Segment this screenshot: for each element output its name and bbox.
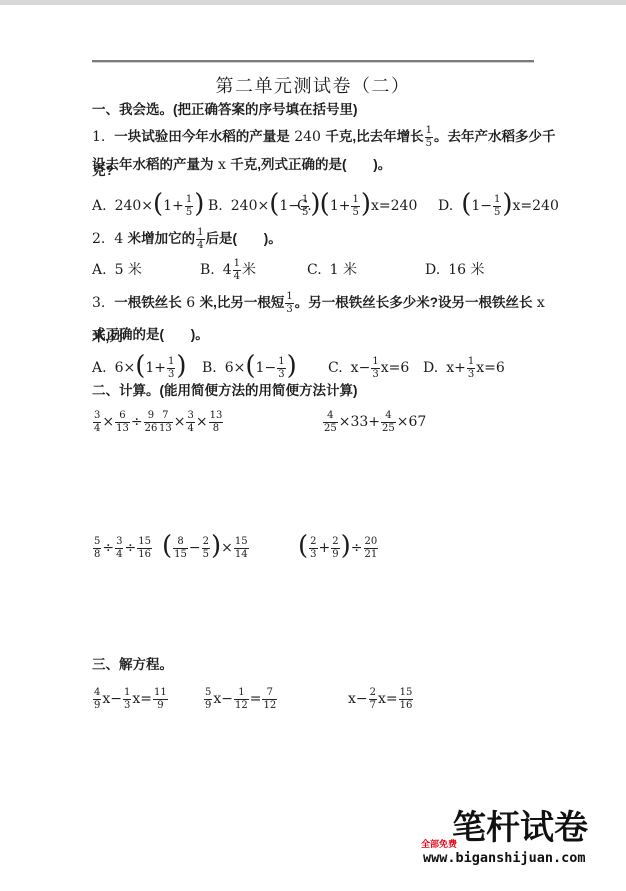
option-letter: D. (438, 198, 453, 214)
calc-expression: 34×613÷926 (92, 405, 159, 439)
calculation-row-1: 34×613÷926 713×34×138 425×33+425×67 (92, 405, 592, 439)
question-2-options-row: A.5 米 B.414米 C.1 米 D.16 米 (92, 256, 592, 284)
header-divider-rule (92, 60, 534, 63)
page-title: 第二单元测试卷（二） (92, 74, 534, 100)
q2-option-a: A.5 米 (92, 256, 142, 284)
calculation-row-2: 58÷34÷1516 (815−25)×1514 (23+29)÷2021 (92, 528, 592, 568)
calc-expression: (23+29)÷2021 (298, 528, 379, 568)
option-expression: (1+15)x=240 (320, 198, 418, 214)
q2-option-d: D.16 米 (425, 256, 484, 284)
question-1-stem-line-2: 设去年水稻的产量为 x 千克,列式正确的是( )。 (92, 155, 552, 175)
question-1-options-row: A.240×(1+15) B.240×(1−15) C.(1+15)x=240 … (92, 190, 592, 222)
test-paper-page: 第二单元测试卷（二） 一、我会选。(把正确答案的序号填在括号里) 1. 一块试验… (0, 0, 626, 891)
option-letter: B. (208, 198, 223, 214)
option-letter: D. (423, 360, 438, 376)
option-letter: D. (425, 262, 440, 278)
equations-row: 49x−13x=119 59x−112=712 x−27x=1516 (92, 682, 592, 716)
calc-expression: (815−25)×1514 (162, 528, 250, 568)
option-letter: C. (307, 262, 322, 278)
calc-expression: 58÷34÷1516 (92, 528, 153, 568)
option-expression: 6×(1+13) (115, 360, 187, 376)
option-expression: x−13x=6 (351, 360, 410, 376)
option-expression: 16 米 (448, 262, 484, 278)
equation: x−27x=1516 (348, 682, 414, 716)
option-expression: (1−15)x=240 (461, 198, 559, 214)
watermark-url: www.biganshijuan.com (423, 848, 586, 868)
option-letter: B. (200, 262, 215, 278)
top-gray-strip (0, 0, 626, 5)
q1-option-a: A.240×(1+15) (92, 190, 204, 222)
equation: 59x−112=712 (203, 682, 278, 716)
q2-option-b: B.414米 (200, 256, 256, 284)
question-3-stem-line-2: 式正确的是( )。 (92, 325, 552, 345)
option-expression: x+13x=6 (446, 360, 505, 376)
section-one-heading: 一、我会选。(把正确答案的序号填在括号里) (92, 100, 552, 120)
option-letter: A. (92, 360, 107, 376)
question-1-stem-line-1: 1. 一块试验田今年水稻的产量是 240 千克,比去年增长15。去年产水稻多少千… (92, 120, 562, 188)
section-three-heading: 三、解方程。 (92, 655, 552, 675)
option-letter: A. (92, 198, 107, 214)
option-expression: 240×(1+15) (115, 198, 205, 214)
q1-option-c: C.(1+15)x=240 (297, 190, 417, 222)
option-letter: A. (92, 262, 107, 278)
q2-option-c: C.1 米 (307, 256, 357, 284)
question-2-stem: 2. 4 米增加它的14后是( )。 (92, 222, 562, 256)
option-letter: C. (297, 198, 312, 214)
option-letter: B. (202, 360, 217, 376)
option-expression: 6×(1−13) (225, 360, 297, 376)
calc-expression: 425×33+425×67 (322, 405, 426, 439)
section-two-heading: 二、计算。(能用简便方法的用简便方法计算) (92, 381, 552, 401)
calc-expression: 713×34×138 (157, 405, 224, 439)
equation: 49x−13x=119 (92, 682, 169, 716)
option-expression: 414米 (223, 262, 256, 278)
watermark-brand: 笔杆试卷 (452, 810, 588, 846)
option-expression: 1 米 (330, 262, 357, 278)
option-expression: 5 米 (115, 262, 142, 278)
option-letter: C. (328, 360, 343, 376)
q1-option-d: D.(1−15)x=240 (438, 190, 559, 222)
